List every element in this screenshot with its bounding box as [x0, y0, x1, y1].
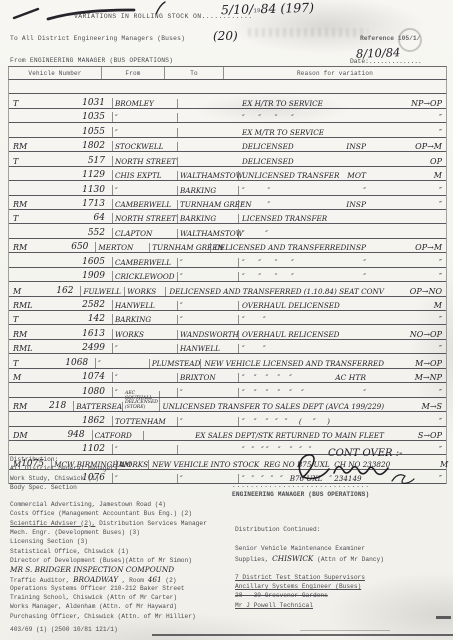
vehicle-number: 1909 — [41, 271, 113, 281]
from-cell: BROMLEY — [113, 99, 178, 108]
table-row: RM1713CAMBERWELLTURNHAM GREEN″ ″INSP″ — [9, 196, 446, 210]
typed-text: Distribution Continued: — [235, 526, 320, 533]
reason-cell: ″ ″″″ — [239, 186, 446, 195]
typed-text: Mr J Powell Technical — [235, 602, 313, 609]
vehicle-number: 1713 — [41, 199, 113, 209]
vehicle-class: T — [9, 99, 41, 108]
table-row: 1130″BARKING″ ″″″ — [9, 181, 446, 195]
status-text: OP→M — [384, 243, 446, 252]
reason-text: OVERHAUL RELICENSED — [242, 330, 384, 339]
vehicle-class: RM — [9, 330, 41, 339]
reason-text: DELICENSED — [242, 142, 346, 151]
distribution-line: Works Manager, Aldenham (Attn. of Mr Hay… — [10, 602, 240, 611]
typed-text: All District General Managers — [10, 465, 118, 472]
status-text: NP→OP — [384, 99, 446, 108]
table-row: 1862TOTTENHAM″″ ″ ″ ″ ″ ( ″ )″ — [9, 412, 446, 426]
vehicle-number: 1035 — [41, 112, 113, 122]
reason-text: ″ ″ — [242, 186, 363, 195]
status-text: ″ — [384, 186, 446, 195]
vehicle-class: M — [9, 287, 31, 296]
reason-text: ″ ″ — [242, 344, 384, 353]
to-cell: WANDSWORTH — [178, 330, 239, 339]
status-text: ″ — [384, 315, 446, 324]
to-cell: ″ — [178, 258, 239, 267]
to-cell: ″ — [178, 315, 239, 324]
vehicle-number: 1080 — [41, 387, 113, 397]
handwritten-text: CHISWICK — [272, 554, 313, 563]
to-cell: ″ — [178, 272, 239, 281]
to-cell: TURNHAM GREEN — [178, 200, 239, 209]
from-cell: FULWELL — [81, 287, 125, 296]
table-row: RM1613WORKSWANDSWORTHOVERHAUL RELICENSED… — [9, 325, 446, 339]
vehicle-number: 1074 — [41, 372, 113, 382]
reason-text: ″ ″ ″ ″ — [242, 272, 363, 281]
typed-text: Training School, Chiswick (Attn of Mr Ca… — [10, 594, 177, 601]
to-cell: ″ — [178, 301, 239, 310]
typed-text: Distribution: — [10, 456, 58, 463]
reason-cell: UNLICENSED TRANSFERMOTM — [239, 171, 446, 180]
table-row: RML2582HANWELL″OVERHAUL DELICENSEDM — [9, 297, 446, 311]
vehicle-class: T — [9, 214, 41, 223]
status-text: M→NP — [384, 373, 446, 382]
typed-text: Body Spec. Section — [10, 484, 77, 491]
hand-year: 84 (197) — [260, 0, 314, 16]
reason-text: NEW VEHICLE LICENSED AND TRANSFERRED — [204, 359, 384, 368]
typed-text: , Room — [118, 577, 148, 584]
status-text: ″ — [384, 272, 446, 281]
typed-text: Mech. Engr. (Development Buses) (3) — [10, 529, 140, 536]
vehicle-number: 218 — [29, 401, 74, 411]
handwritten-text: BROADWAY — [73, 575, 118, 584]
handwritten-text: MR S. BRIDGER INSPECTION COMPOUND — [10, 565, 174, 574]
to-cell: HANWELL — [178, 344, 239, 353]
reason-cell: ″ ″ ″ ″″″ — [239, 272, 446, 281]
from-cell: WORKS — [113, 330, 178, 339]
distribution-line: Purchasing Officer, Chiswick (Attn. of M… — [10, 612, 240, 621]
typed-text: (Attn of Mr Dancy) — [313, 556, 384, 563]
reason-text: ″ ″ — [242, 315, 384, 324]
status-text: ″ — [384, 128, 446, 137]
reason-cell: ″ ″″ — [239, 315, 446, 324]
typed-text: 7 District Test Station Supervisors — [235, 574, 365, 581]
status-text: OP→M — [384, 142, 446, 151]
reason-cell: DELICENSEDOP — [239, 157, 446, 166]
distribution-line: Body Spec. Section — [10, 483, 240, 492]
form-print-code: 403/69 (1) (2500 10/81 121/1) — [10, 626, 118, 633]
to-cell: PLUMSTEAD — [150, 359, 202, 368]
reason-cell: UNLICENSED TRANSFER TO SALES DEPT (AVCA … — [160, 402, 446, 411]
reason-text: EX H/TR TO SERVICE — [242, 99, 384, 108]
distribution-line: 7 District Test Station Supervisors — [235, 573, 445, 582]
table-row: DM948CATFORDEX SALES DEPT/STK RETURNED T… — [9, 427, 446, 441]
typed-text: Licensing Section (3) — [10, 538, 88, 545]
col-header-reason: Reason for variation — [224, 67, 446, 79]
reason-text: DELICENSED AND TRANSFERRED — [214, 243, 346, 252]
table-row — [9, 80, 446, 94]
reason-text: ″ ″ ″ ″ ″ ″ — [242, 388, 363, 397]
vehicle-class: RM — [9, 200, 41, 209]
from-cell: ″ — [113, 113, 178, 122]
vehicle-number: 948 — [35, 430, 93, 440]
typed-text: (2) — [162, 577, 177, 584]
variations-table: Vehicle Number From To Reason for variat… — [8, 66, 447, 484]
from-cell: ″ — [113, 344, 178, 353]
status-text: ″ — [384, 258, 446, 267]
reason-text: ″ ″ ″ ″ — [242, 258, 363, 267]
vehicle-number: 1862 — [41, 416, 113, 426]
table-row: 1129CHIS EXPTLWALTHAMSTOWUNLICENSED TRAN… — [9, 167, 446, 181]
vehicle-number: 142 — [41, 314, 113, 324]
vehicle-number: 64 — [41, 213, 113, 223]
reason-text: UNLICENSED TRANSFER TO SALES DEPT (AVCA … — [163, 402, 384, 411]
note-text: ″ — [363, 186, 366, 195]
distribution-line: Statistical Office, Chiswick (1) — [10, 547, 240, 556]
table-row: 552CLAPTONWALTHAMSTOW″ ″ — [9, 224, 446, 238]
to-cell: WALTHAMSTOW — [178, 229, 239, 238]
distribution-line: All District General Managers — [10, 464, 240, 473]
distribution-line: Mr J Powell Technical — [235, 601, 445, 610]
distribution-line: Costs Office (Management Accountant Bus … — [10, 509, 240, 518]
reason-cell: LICENSED TRANSFER — [239, 214, 446, 223]
reason-text: ″ ″ ″ ″ ″ ( ″ ) — [242, 417, 384, 426]
vehicle-class: T — [9, 315, 41, 324]
status-text: M — [384, 171, 446, 180]
to-cell: ″ — [178, 417, 239, 426]
reason-text: OVERHAUL DELICENSED — [242, 301, 384, 310]
status-text: M→S — [384, 402, 446, 411]
vehicle-class: RM — [9, 402, 29, 411]
reason-cell: ″ ″INSP″ — [239, 200, 446, 209]
note-text: ″ — [363, 272, 366, 281]
distribution-line: Senior Vehicle Maintenance Examiner — [235, 544, 445, 553]
distribution-line: Distribution Continued: — [235, 525, 445, 534]
table-row: 1605CAMBERWELL″″ ″ ″ ″″″ — [9, 253, 446, 267]
reason-cell: NEW VEHICLE LICENSED AND TRANSFERREDM→OP — [201, 359, 446, 368]
to-cell: TURNHAM GREEN — [150, 243, 211, 252]
scanned-memo-page: VARIATIONS IN ROLLING STOCK ON..........… — [0, 0, 453, 640]
vehicle-class: DM — [9, 431, 35, 440]
distribution-list-left: Distribution:All District General Manage… — [10, 455, 240, 621]
vehicle-number: 517 — [41, 156, 113, 166]
reason-cell: ″ ″ ″ ″ ″AC HTRM→NP — [239, 373, 446, 382]
reason-cell: OVERHAUL DELICENSEDM — [239, 301, 446, 310]
from-cell: CAMBERWELL — [113, 200, 178, 209]
vehicle-number: 2499 — [41, 343, 113, 353]
reason-cell: EX M/TR TO SERVICE″ — [239, 128, 446, 137]
scan-artifact-blob — [436, 616, 451, 619]
typed-text: Costs Office (Management Accountant Bus … — [10, 510, 192, 517]
vehicle-number: 1130 — [41, 185, 113, 195]
table-body: T1031BROMLEYEX H/TR TO SERVICENP→OP1035″… — [8, 80, 447, 484]
status-text: S→OP — [384, 431, 446, 440]
from-cell: ″ — [96, 359, 150, 368]
status-text: OP→NO — [384, 287, 446, 296]
distribution-line: Training School, Chiswick (Attn of Mr Ca… — [10, 593, 240, 602]
vehicle-class: T — [9, 157, 41, 166]
from-cell: HANWELL — [113, 301, 178, 310]
from-cell: MERTON — [96, 243, 150, 252]
table-row: 1035″″ ″ ″ ″″ — [9, 109, 446, 123]
reason-cell: ″ ″ — [239, 229, 446, 238]
reason-cell: ″ ″ ″ ″ ″ ″″″ — [239, 388, 446, 397]
vehicle-number: 1129 — [41, 170, 113, 180]
vehicle-class: T — [9, 359, 36, 368]
bleed-through-smudge — [248, 28, 368, 37]
table-row: 1055″EX M/TR TO SERVICE″ — [9, 123, 446, 137]
to-cell: WORKS — [125, 287, 166, 296]
table-header-row: Vehicle Number From To Reason for variat… — [8, 66, 447, 80]
typed-text: Commercial Advertising, Jamestown Road (… — [10, 501, 166, 508]
table-row: M1074″BRIXTON″ ″ ″ ″ ″AC HTRM→NP — [9, 369, 446, 383]
distribution-list-right: Distribution Continued:Senior Vehicle Ma… — [235, 525, 445, 610]
from-cell: CAMBERWELL — [113, 258, 178, 267]
from-cell: CHIS EXPTL — [113, 171, 178, 180]
typed-text: Distribution Services Manager — [95, 520, 206, 527]
table-row: RM1802STOCKWELLDELICENSEDINSPOP→M — [9, 138, 446, 152]
to-cell: BRIXTON — [178, 373, 239, 382]
to-cell: AEC SOUTHALL DELICENSED (STORE) — [123, 391, 160, 411]
to-cell: WALTHAMSTOW — [178, 171, 239, 180]
vehicle-number: 162 — [31, 286, 81, 296]
typed-text: Statistical Office, Chiswick (1) — [10, 548, 129, 555]
distribution-line: MR S. BRIDGER INSPECTION COMPOUND — [10, 565, 240, 574]
reason-text: ″ ″ — [242, 229, 384, 238]
to-cell: BARKING — [178, 214, 239, 223]
signature-scribble — [288, 448, 428, 486]
stamp-circle — [398, 28, 422, 52]
typed-text: Ancillary Systems Engineer (Buses) — [235, 583, 361, 590]
reason-text: DELICENSED AND TRANSFERRED (1.10.84) SEA… — [169, 287, 384, 296]
table-row: RM218BATTERSEAAEC SOUTHALL DELICENSED (S… — [9, 398, 446, 412]
reason-cell: EX H/TR TO SERVICENP→OP — [239, 99, 446, 108]
reason-cell: DELICENSEDINSPOP→M — [239, 142, 446, 151]
reason-cell: EX SALES DEPT/STK RETURNED TO MAIN FLEET… — [192, 431, 446, 440]
signature-line-dots: .............................. — [232, 482, 370, 489]
from-cell: NORTH STREET — [113, 214, 178, 223]
table-row: 1080″″″ ″ ″ ″ ″ ″″″ — [9, 383, 446, 397]
vehicle-class: M — [9, 373, 41, 382]
table-row: 1909CRICKLEWOOD″″ ″ ″ ″″″ — [9, 268, 446, 282]
status-text: ″ — [384, 388, 446, 397]
distribution-line: Director of Development (Buses)(Attn of … — [10, 556, 240, 565]
status-text: ″ — [384, 344, 446, 353]
status-text: ″ — [384, 113, 446, 122]
vehicle-number: 2582 — [41, 300, 113, 310]
note-text: INSP — [346, 243, 366, 252]
vehicle-number: 1802 — [41, 141, 113, 151]
distribution-line: Work Study, Chiswick (1) — [10, 474, 240, 483]
vehicle-number: 1031 — [41, 98, 113, 108]
typed-text: Purchasing Officer, Chiswick (Attn. of M… — [10, 613, 196, 620]
note-text: ″ — [363, 388, 366, 397]
from-cell: ″ — [113, 373, 178, 382]
from-cell: CLAPTON — [113, 229, 178, 238]
to-cell: ″ — [178, 388, 239, 397]
vehicle-number: 1055 — [41, 127, 113, 137]
status-text: M — [384, 301, 446, 310]
to-cell: BARKING — [178, 186, 239, 195]
col-header-to: To — [165, 67, 224, 79]
reason-cell: ″ ″″ — [239, 344, 446, 353]
reason-cell: DELICENSED AND TRANSFERRED (1.10.84) SEA… — [166, 287, 446, 296]
vehicle-class: RM — [9, 243, 36, 252]
reason-text: EX M/TR TO SERVICE — [242, 128, 384, 137]
table-row: M162FULWELLWORKSDELICENSED AND TRANSFERR… — [9, 282, 446, 296]
distribution-line: Mech. Engr. (Development Buses) (3) — [10, 528, 240, 537]
note-text: INSP — [346, 142, 366, 151]
from-cell: BATTERSEA — [74, 402, 123, 411]
typed-text: Supplies, — [235, 556, 272, 563]
note-text: MOT — [347, 171, 366, 180]
distribution-line: Commercial Advertising, Jamestown Road (… — [10, 500, 240, 509]
signatory-role: ENGINEERING MANAGER (BUS OPERATIONS) — [232, 491, 369, 498]
from-cell: CRICKLEWOOD — [113, 272, 178, 281]
vehicle-class: RM — [9, 142, 41, 151]
scan-artifact-line — [152, 634, 453, 636]
from-cell: CATFORD — [93, 431, 144, 440]
distribution-line: 28 - 30 Grosvenor Gardens — [235, 591, 445, 600]
distribution-line: Traffic Auditor, BROADWAY , Room 461 (2) — [10, 575, 240, 584]
reason-text: LICENSED TRANSFER — [242, 214, 384, 223]
reason-text: EX SALES DEPT/STK RETURNED TO MAIN FLEET — [195, 431, 384, 440]
hand-day: 5/10/ — [221, 1, 254, 17]
distribution-line: Scientific Adviser (2), Distribution Ser… — [10, 519, 240, 528]
typed-text: 28 - 30 Grosvenor Gardens — [235, 592, 328, 599]
typed-text: Senior Vehicle Maintenance Examiner — [235, 545, 365, 552]
reason-text: ″ ″ ″ ″ ″ — [242, 373, 335, 382]
distribution-line: Supplies, CHISWICK (Attn of Mr Dancy) — [235, 554, 445, 563]
col-header-vehicle-number: Vehicle Number — [9, 67, 102, 79]
status-text: M→OP — [384, 359, 446, 368]
scan-artifact-streak — [300, 630, 390, 631]
from-cell: BARKING — [113, 315, 178, 324]
from-cell: ″ — [113, 186, 178, 195]
typed-text: Scientific Adviser (2), — [10, 520, 95, 527]
distribution-line: Operations Systems Officer 210-212 Baker… — [10, 584, 240, 593]
sender-line: From ENGINEERING MANAGER (BUS OPERATIONS… — [10, 57, 173, 64]
table-row: T1031BROMLEYEX H/TR TO SERVICENP→OP — [9, 94, 446, 108]
distribution-line: Ancillary Systems Engineer (Buses) — [235, 582, 445, 591]
typed-text: Operations Systems Officer 210-212 Baker… — [10, 585, 185, 592]
handwritten-text: 461 — [148, 575, 162, 584]
from-cell: TOTTENHAM — [113, 417, 178, 426]
vehicle-number: 1613 — [41, 329, 113, 339]
reason-cell: ″ ″ ″ ″″ — [239, 113, 446, 122]
vehicle-number: 1605 — [41, 257, 113, 267]
status-text: NO→OP — [384, 330, 446, 339]
table-row: T64NORTH STREETBARKINGLICENSED TRANSFER — [9, 210, 446, 224]
reason-text: ″ ″ — [242, 200, 346, 209]
form-title-text: VARIATIONS IN ROLLING STOCK ON — [74, 13, 202, 20]
table-row: T1068″PLUMSTEADNEW VEHICLE LICENSED AND … — [9, 354, 446, 368]
vehicle-class: RML — [9, 344, 41, 353]
from-cell: STOCKWELL — [113, 142, 178, 151]
from-cell: ″ — [113, 128, 178, 137]
table-row: RML2499″HANWELL″ ″″ — [9, 340, 446, 354]
vehicle-number: 552 — [41, 228, 113, 238]
reason-text: ″ ″ ″ ″ — [242, 113, 384, 122]
reason-text: UNLICENSED TRANSFER — [242, 171, 347, 180]
reason-cell: ″ ″ ″ ″″″ — [239, 258, 446, 267]
addressee-line: To All District Engineering Managers (Bu… — [10, 35, 185, 42]
table-row: RM650MERTONTURNHAM GREENDELICENSED AND T… — [9, 239, 446, 253]
vehicle-class: RML — [9, 301, 41, 310]
note-text: INSP — [346, 200, 366, 209]
distribution-line: Distribution: — [10, 455, 240, 464]
typed-text: Traffic Auditor, — [10, 577, 73, 584]
table-row: T142BARKING″″ ″″ — [9, 311, 446, 325]
note-text: ″ — [363, 258, 366, 267]
status-text: OP — [384, 157, 446, 166]
handwritten-date: 8/10/84 — [356, 45, 401, 61]
vehicle-number: 650 — [36, 242, 96, 252]
from-cell: ″ — [113, 445, 178, 454]
status-text: ″ — [384, 200, 446, 209]
col-header-from: From — [102, 67, 165, 79]
handwritten-date-heading: 5/10/1984 (197) — [221, 0, 314, 17]
reason-cell: DELICENSED AND TRANSFERREDINSPOP→M — [211, 243, 446, 252]
table-row: T517NORTH STREETDELICENSEDOP — [9, 152, 446, 166]
typed-text: Director of Development (Buses)(Attn of … — [10, 557, 192, 564]
vehicle-number: 1068 — [36, 358, 96, 368]
vehicle-number: 1102 — [41, 444, 113, 454]
typed-text: Work Study, Chiswick (1) — [10, 475, 99, 482]
reason-cell: ″ ″ ″ ″ ″ ( ″ )″ — [239, 417, 446, 426]
status-text: ″ — [384, 417, 446, 426]
reason-text: DELICENSED — [242, 157, 384, 166]
reason-cell: OVERHAUL RELICENSEDNO→OP — [239, 330, 446, 339]
distribution-line: Licensing Section (3) — [10, 537, 240, 546]
from-cell: NORTH STREET — [113, 157, 178, 166]
handwritten-count: (20) — [213, 29, 238, 43]
typed-text: Works Manager, Aldenham (Attn. of Mr Hay… — [10, 603, 177, 610]
note-text: AC HTR — [335, 373, 366, 382]
